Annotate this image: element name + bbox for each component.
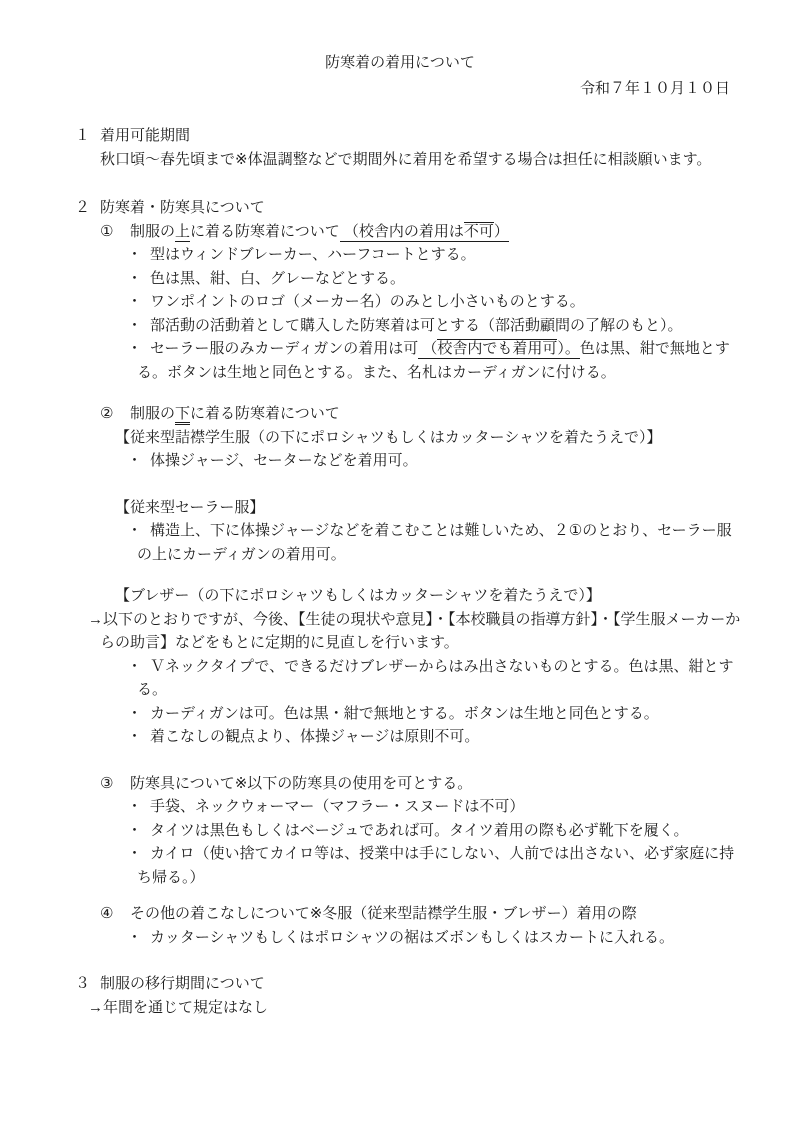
item-1-heading-mid: に着る防寒着について — [190, 223, 340, 240]
item-4-bullet-list: ・カッターシャツもしくはポロシャツの裾はズボンもしくはスカートに入れる。 — [0, 926, 800, 950]
bullet-dot: ・ — [127, 655, 142, 679]
bullet-text: タイツは黒色もしくはベージュであれば可。タイツ着用の際も必ず靴下を履く。 — [150, 822, 689, 839]
section-3-heading: ３制服の移行期間について — [0, 972, 800, 996]
item-1-paren-open: （校舎内の着用は — [340, 223, 464, 242]
bullet-dot: ・ — [127, 842, 142, 866]
document-date: 令和７年１０月１０日 — [0, 77, 800, 101]
list-item: ・ワンポイントのロゴ（メーカー名）のみとし小さいものとする。 — [0, 290, 800, 314]
list-item: ・体操ジャージ、セーターなどを着用可。 — [0, 449, 800, 473]
bullet-text: 色は黒、紺、白、グレーなどとする。 — [150, 270, 405, 287]
list-item: ・カッターシャツもしくはポロシャツの裾はズボンもしくはスカートに入れる。 — [0, 926, 800, 950]
section-1-title: 着用可能期間 — [100, 127, 190, 144]
list-item: ・構造上、下に体操ジャージなどを着こむことは難しいため、２①のとおり、セーラー服… — [0, 519, 800, 566]
item-3-circled-number: ③ — [100, 772, 113, 796]
bullet-dot: ・ — [127, 314, 142, 338]
bullet-dot: ・ — [127, 702, 142, 726]
bullet-text: カッターシャツもしくはポロシャツの裾はズボンもしくはスカートに入れる。 — [150, 929, 674, 946]
item-2-heading-underlined-shita: 下 — [175, 405, 190, 425]
list-item-sailor-cardigan: ・セーラー服のみカーディガンの着用は可 （校舎内でも着用可）。色は黒、紺で無地と… — [0, 337, 800, 384]
bullet-dot: ・ — [127, 243, 142, 267]
list-item: ・着こなしの観点より、体操ジャージは原則不可。 — [0, 725, 800, 749]
item-4-title: その他の着こなしについて※冬服（従来型詰襟学生服・ブレザー）着用の際 — [130, 905, 637, 922]
group-3-bullet-list: ・Ｖネックタイプで、できるだけブレザーからはみ出さないものとする。色は黒、紺とす… — [0, 655, 800, 749]
section-2-title: 防寒着・防寒具について — [100, 199, 265, 216]
sailor-bullet-pre: セーラー服のみカーディガンの着用は可 — [150, 340, 418, 357]
item-4-heading: ④その他の着こなしについて※冬服（従来型詰襟学生服・ブレザー）着用の際 — [0, 902, 800, 926]
list-item: ・カーディガンは可。色は黒・紺で無地とする。ボタンは生地と同色とする。 — [0, 702, 800, 726]
bullet-dot: ・ — [127, 725, 142, 749]
item-2-heading: ②制服の下に着る防寒着について — [0, 402, 800, 426]
group-label-sailor: 【従来型セーラー服】 — [0, 496, 800, 520]
section-3-number: ３ — [75, 972, 90, 996]
group-2-bullet-list: ・構造上、下に体操ジャージなどを着こむことは難しいため、２①のとおり、セーラー服… — [0, 519, 800, 566]
bullet-text: カーディガンは可。色は黒・紺で無地とする。ボタンは生地と同色とする。 — [150, 705, 659, 722]
page-title: 防寒着の着用について — [0, 51, 800, 75]
bullet-dot: ・ — [127, 449, 142, 473]
section-1-number: １ — [75, 124, 90, 148]
list-item: ・部活動の活動着として購入した防寒着は可とする（部活動顧問の了解のもと）。 — [0, 314, 800, 338]
document-page: 防寒着の着用について 令和７年１０月１０日 １着用可能期間 秋口頃～春先頃まで※… — [0, 0, 800, 1130]
bullet-text: カイロ（使い捨てカイロ等は、授業中は手にしない、人前では出さない、必ず家庭に持ち… — [137, 845, 734, 886]
list-item: ・手袋、ネックウォーマー（マフラー・スヌードは不可） — [0, 795, 800, 819]
section-2-heading: ２防寒着・防寒具について — [0, 196, 800, 220]
bullet-dot: ・ — [127, 819, 142, 843]
item-1-fuka-boxed: 不可 — [464, 222, 494, 242]
item-3-heading: ③防寒具について※以下の防寒具の使用を可とする。 — [0, 772, 800, 796]
group-label-tsume-eri: 【従来型詰襟学生服（の下にポロシャツもしくはカッターシャツを着たうえで）】 — [0, 426, 800, 450]
item-2-circled-number: ② — [100, 402, 113, 426]
section-1-heading: １着用可能期間 — [0, 124, 800, 148]
section-3-note: →年間を通じて規定はなし — [0, 996, 800, 1020]
bullet-text: 型はウィンドブレーカー、ハーフコートとする。 — [150, 246, 476, 263]
bullet-dot: ・ — [127, 267, 142, 291]
list-item: ・カイロ（使い捨てカイロ等は、授業中は手にしない、人前では出さない、必ず家庭に持… — [0, 842, 800, 889]
section-1-body: 秋口頃～春先頃まで※体温調整などで期間外に着用を希望する場合は担任に相談願います… — [0, 148, 800, 172]
bullet-text: 体操ジャージ、セーターなどを着用可。 — [150, 452, 418, 469]
blazer-review-note: →以下のとおりですが、今後、【生徒の現状や意見】・【本校職員の指導方針】・【学生… — [0, 608, 800, 655]
item-1-heading-underlined-ue: 上 — [175, 223, 190, 242]
bullet-text: ワンポイントのロゴ（メーカー名）のみとし小さいものとする。 — [150, 293, 585, 310]
bullet-dot: ・ — [127, 519, 142, 543]
bullet-dot: ・ — [127, 337, 142, 361]
item-2-heading-mid: に着る防寒着について — [190, 405, 340, 422]
list-item: ・色は黒、紺、白、グレーなどとする。 — [0, 267, 800, 291]
list-item: ・Ｖネックタイプで、できるだけブレザーからはみ出さないものとする。色は黒、紺とす… — [0, 655, 800, 702]
bullet-text: 部活動の活動着として購入した防寒着は可とする（部活動顧問の了解のもと）。 — [150, 317, 683, 334]
sailor-paren-close: ）。 — [557, 340, 580, 359]
item-1-paren-close: ） — [494, 223, 509, 242]
item-3-title: 防寒具について※以下の防寒具の使用を可とする。 — [130, 775, 472, 792]
bullet-text: 手袋、ネックウォーマー（マフラー・スヌードは不可） — [150, 798, 524, 815]
section-3-title: 制服の移行期間について — [100, 975, 265, 992]
item-1-circled-number: ① — [100, 220, 113, 244]
section-2-number: ２ — [75, 196, 90, 220]
sailor-boxed-phrase: 校舎内でも着用可 — [437, 339, 557, 359]
list-item: ・型はウィンドブレーカー、ハーフコートとする。 — [0, 243, 800, 267]
item-3-bullet-list: ・手袋、ネックウォーマー（マフラー・スヌードは不可） ・タイツは黒色もしくはベー… — [0, 795, 800, 889]
bullet-dot: ・ — [127, 290, 142, 314]
item-4-circled-number: ④ — [100, 902, 113, 926]
item-1-heading-pre: 制服の — [130, 223, 175, 240]
group-1-bullet-list: ・体操ジャージ、セーターなどを着用可。 — [0, 449, 800, 473]
sailor-paren-open: （ — [418, 340, 437, 359]
bullet-text: 構造上、下に体操ジャージなどを着こむことは難しいため、２①のとおり、セーラー服の… — [137, 522, 732, 563]
bullet-dot: ・ — [127, 795, 142, 819]
item-2-heading-pre: 制服の — [130, 405, 175, 422]
bullet-dot: ・ — [127, 926, 142, 950]
item-1-bullet-list: ・型はウィンドブレーカー、ハーフコートとする。 ・色は黒、紺、白、グレーなどとす… — [0, 243, 800, 384]
bullet-text: 着こなしの観点より、体操ジャージは原則不可。 — [150, 728, 479, 745]
bullet-text: Ｖネックタイプで、できるだけブレザーからはみ出さないものとする。色は黒、紺とする… — [137, 658, 734, 699]
item-1-heading: ①制服の上に着る防寒着について （校舎内の着用は不可） — [0, 220, 800, 244]
group-label-blazer: 【ブレザー（の下にポロシャツもしくはカッターシャツを着たうえで）】 — [0, 584, 800, 608]
list-item: ・タイツは黒色もしくはベージュであれば可。タイツ着用の際も必ず靴下を履く。 — [0, 819, 800, 843]
